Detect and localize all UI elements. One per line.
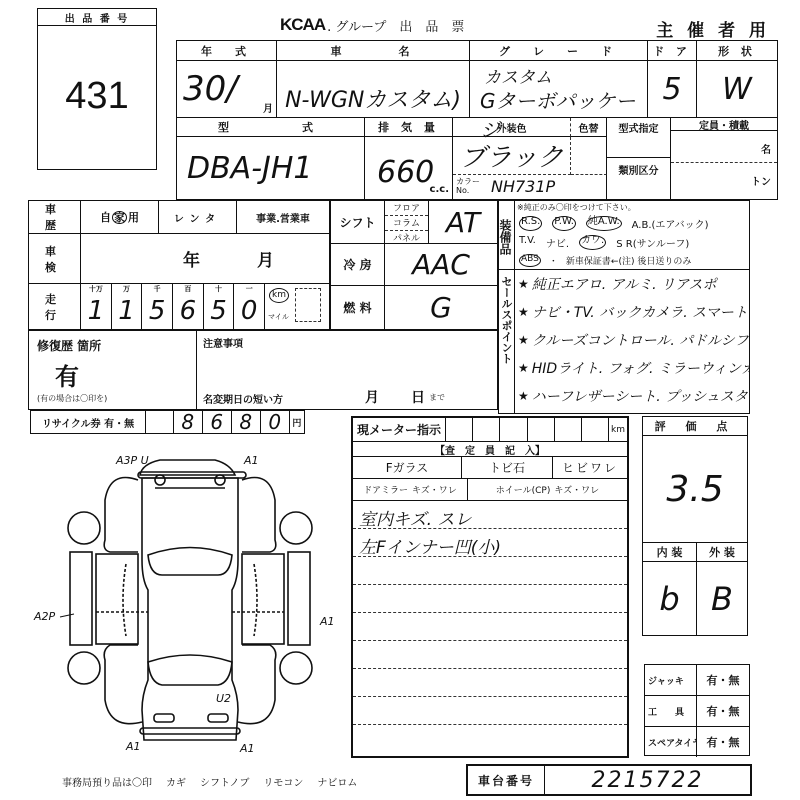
mileage-digit-cell: 百6 [173,284,204,329]
month-unit: 月 [263,100,273,115]
mileage-label: 走 行 [29,284,81,329]
meter-row: 現メーター指示 km [353,418,627,442]
mark-rear-right: A1 [239,742,255,755]
sales-point-text: クルーズコントロール. パドルシフト [532,330,749,350]
equipment-row-2: T.V. ナビ. カワ. S R(サンルーフ) [515,233,749,252]
accessory-row: 工 具有・無 [645,696,749,727]
mileage-place-label: 一 [234,284,264,294]
mileage-unit-box[interactable] [295,288,321,322]
mark-front-left: A3P U [115,454,149,467]
mark-rear-left: A1 [125,740,141,753]
equip-aw[interactable]: 純A.W. [586,216,622,231]
mirror-cell: ドアミラー キズ・ワレ [353,479,468,500]
interior-label: 内 装 [643,543,697,561]
sales-point-text: ハーフレザーシート. プッシュスタート [532,386,749,406]
name-change-label: 名変期日の短い方 [203,391,283,406]
star-icon: ★ [518,389,529,403]
mileage-unit-mile[interactable]: マイル [268,312,289,322]
inspector-comment-line [353,613,627,641]
recycle-row: リサイクル券 有・無 8680 円 [30,410,305,434]
color-change-label: 色替 [571,118,607,137]
inspector-comment-line [353,641,627,669]
glass-crack-option[interactable]: ヒビワレ [553,457,627,478]
recycle-label: リサイクル券 有・無 [31,411,146,433]
mileage-unit-cell: km マイル [265,284,329,329]
accessories-table: ジャッキ有・無工 具有・無スペアタイヤ有・無 [644,664,750,756]
accessory-value[interactable]: 有・無 [697,727,749,757]
lot-number-label: 出 品 番 号 [38,9,156,26]
mirror-options[interactable]: キズ・ワレ [412,483,457,496]
inspector-comment-line: 左Fインナー凹(小) [353,529,627,557]
mileage-place-label: 百 [173,284,203,294]
chassis-row: 車台番号 2215722 [466,764,752,796]
car-damage-diagram: A3P U A1 A2P A1 A1 A1 U2 [30,440,340,760]
category-label: 類別区分 [607,158,671,199]
year-cell: 30/ 月 [177,61,277,117]
accessory-label: 工 具 [645,696,697,726]
shift-option-column[interactable]: コラム [385,216,428,231]
lot-number-box: 出 品 番 号 431 [37,8,157,170]
mileage-digit: 5 [142,294,172,328]
equipment-row-3: ABS ・ 新車保証書←(注) 後日送りのみ [515,252,749,269]
displacement-label: 排 気 量 [365,118,453,137]
recycle-digit: 0 [261,411,290,433]
accessory-row: ジャッキ有・無 [645,665,749,696]
footer-item-key[interactable]: カギ [166,774,186,789]
meter-boxes [446,418,609,441]
equip-pw[interactable]: P.W. [552,216,576,231]
sales-point-item: ★ナビ・TV. バックカメラ. スマートキー [515,298,749,326]
displacement-unit: c.c. [430,184,449,195]
mileage-digit-cell: 一0 [234,284,265,329]
copy-type: 主 催 者 用 [640,16,770,41]
mark-left-side: A2P [33,610,56,623]
fuel-value: G [385,286,497,329]
equip-rs[interactable]: R.S. [519,216,542,231]
inspector-comments: 室内キズ. スレ左Fインナー凹(小) [353,501,627,756]
name-change-until: まで [429,392,445,403]
form-title-text: . グループ 出 品 票 [327,16,464,35]
sales-points-label: セールスポイント [499,270,515,413]
recycle-blank [146,411,174,433]
interior-value: b [643,562,697,636]
inspector-section-title: 【査 定 員 記 入】 [353,442,627,457]
chassis-value: 2215722 [545,766,750,794]
recycle-digit: 8 [174,411,203,433]
star-icon: ★ [518,333,529,347]
notes-cell: 注意事項 名変期日の短い方 月 日 まで [197,331,497,409]
mark-rear: U2 [216,692,231,705]
color-no-value: NH731P [491,177,555,196]
grade-label: グ レ ー ド [470,41,648,61]
mileage-digit-cell: 千5 [142,284,173,329]
recycle-digit: 8 [232,411,261,433]
repair-cell: 修復歴 箇所 有 (有の場合は〇印を) [29,331,197,409]
sales-point-item: ★ハーフレザーシート. プッシュスタート [515,382,749,410]
inspection-month-unit: 月 [257,246,274,271]
recycle-digits: 8680 [174,411,290,433]
sales-point-text: 純正エアロ. アルミ. リアスポ [532,274,717,294]
sales-point-item: ★HIDライト. フォグ. ミラーウィンカー [515,354,749,382]
inspector-comment-line [353,557,627,585]
recycle-unit: 円 [290,411,304,433]
glass-chip-option[interactable]: トビ石 [462,457,553,478]
equip-warranty[interactable]: 新車保証書←(注) 後日送りのみ [566,254,691,267]
exterior-value: B [697,562,747,636]
mileage-digit-cell: 十万1 [81,284,112,329]
sub-score-values: b B [643,562,747,636]
exterior-color-label: 外装色 [453,118,571,137]
star-icon: ★ [518,305,529,319]
inspector-comment-line [353,697,627,725]
mirror-label: ドアミラー [363,483,408,496]
fuel-label: 燃 料 [331,286,385,329]
shift-value: AT [429,201,497,244]
meter-digit-box[interactable] [555,418,582,441]
sales-point-item: ★純正エアロ. アルミ. リアスポ [515,270,749,298]
sales-point-text: ナビ・TV. バックカメラ. スマートキー [532,302,749,322]
history-option-private[interactable]: 自家用 [81,201,159,234]
name-change-month: 月 [365,387,379,407]
mileage-unit-km[interactable]: km [269,288,289,303]
equip-tv[interactable]: T.V. [519,235,536,250]
inspector-comment-line [353,669,627,697]
footer-note: 事務局預り品は〇印 カギ シフトノブ リモコン ナビロム [62,774,382,789]
car-name-label: 車 名 [277,41,470,61]
capacity-tons-unit: トン [671,163,777,199]
accessory-value[interactable]: 有・無 [697,696,749,726]
mileage-place-label: 千 [142,284,172,294]
footer-item-remote[interactable]: リモコン [263,774,303,789]
inspection-year-unit: 年 [183,246,200,271]
model-value: DBA-JH1 [177,137,365,199]
grade-cell: カスタム Gターボパッケージ [470,61,648,117]
history-label: 車 歴 [29,201,81,234]
mileage-digit: 0 [234,294,264,328]
color-no-label: カラー No. [456,177,480,195]
exterior-label: 外 装 [697,543,747,561]
star-icon: ★ [518,361,529,375]
accessory-row: スペアタイヤ有・無 [645,727,749,757]
shift-option-floor[interactable]: フロア [385,201,428,216]
year-label: 年 式 [177,41,277,61]
body-shape-value: W [697,61,777,117]
meter-label: 現メーター指示 [353,418,446,441]
wheel-cell: ホイール(CP) キズ・ワレ [468,479,627,500]
mileage-place-label: 十 [204,284,234,294]
equipment-row-1: R.S. P.W. 純A.W. A.B.(エアバック) [515,214,749,233]
meter-digit-box[interactable] [446,418,473,441]
accessory-label: スペアタイヤ [645,727,697,757]
score-label: 評 価 点 [643,417,747,436]
mileage-digit: 5 [204,294,234,328]
inspection-cell[interactable]: 年 月 [81,234,329,284]
sales-points-list: ★純正エアロ. アルミ. リアスポ★ナビ・TV. バックカメラ. スマートキー★… [515,270,749,413]
inspector-comment-line: 室内キズ. スレ [353,501,627,529]
score-box: 評 価 点 3.5 内 装 外 装 b B [642,416,748,636]
equip-kawa[interactable]: カワ. [579,235,606,250]
body-shape-label: 形 状 [697,41,777,61]
star-icon: ★ [518,277,529,291]
model-label: 型 式 [177,118,365,137]
mileage-digits: 十万1万1千5百6十5一0 [81,284,265,329]
accessory-value[interactable]: 有・無 [697,665,749,695]
office-note: 事務局預り品は〇印 [62,774,152,789]
equipment-note: ※純正のみ〇印をつけて下さい。 [515,201,749,214]
shift-label: シフト [331,201,385,244]
accessory-label: ジャッキ [645,665,697,695]
doors-value: 5 [648,61,697,117]
equip-sr[interactable]: S R(サンルーフ) [616,235,689,250]
score-value: 3.5 [643,436,747,543]
mark-front-right: A1 [243,454,259,467]
form-title: KCAA . グループ 出 品 票 [280,14,580,36]
capacity-label: 定員・積載 [671,118,777,131]
separator: ・ [549,254,558,267]
wheel-options[interactable]: キズ・ワレ [554,483,599,496]
history-option-business[interactable]: 事業.営業車 [237,201,329,234]
wheel-label: ホイール(CP) [496,483,551,496]
exterior-color-value: ブラック [453,137,571,175]
mileage-place-label: 万 [112,284,142,294]
footer-item-navirom[interactable]: ナビロム [317,774,357,789]
year-value: 30/ [183,69,238,109]
repair-note: (有の場合は〇印を) [37,393,107,404]
inspector-comment-line [353,585,627,613]
recycle-digit: 6 [203,411,232,433]
sub-score-labels: 内 装 外 装 [643,543,747,562]
repair-value: 有 [55,357,79,392]
meter-digit-box[interactable] [500,418,527,441]
equip-navi[interactable]: ナビ. [546,235,569,250]
mileage-digit: 1 [81,294,111,328]
footer-item-shiftknob[interactable]: シフトノブ [200,774,249,789]
equip-abs[interactable]: ABS [519,254,541,267]
ac-label: 冷 房 [331,244,385,286]
equipment-label: 装備品 [499,201,515,270]
color-change-cell[interactable] [571,137,607,175]
mileage-place-label: 十万 [81,284,111,294]
equip-ab[interactable]: A.B.(エアバック) [632,216,709,231]
displacement-value: 660 [377,155,434,190]
meter-digit-box[interactable] [473,418,500,441]
ac-value: AAC [385,244,497,286]
shift-option-panel[interactable]: パネル [385,231,428,245]
equipment-options: ※純正のみ〇印をつけて下さい。 R.S. P.W. 純A.W. A.B.(エアバ… [515,201,749,270]
mirror-wheel-row: ドアミラー キズ・ワレ ホイール(CP) キズ・ワレ [353,479,627,501]
color-no-cell: カラー No. NH731P [453,175,607,199]
chassis-label: 車台番号 [468,766,545,794]
doors-label: ド ア [648,41,697,61]
mileage-digit: 6 [173,294,203,328]
sales-point-item: ★クルーズコントロール. パドルシフト [515,326,749,354]
mileage-digit-cell: 万1 [112,284,143,329]
inspection-label: 車 検 [29,234,81,284]
notes-label: 注意事項 [203,335,243,350]
car-name-value: N-WGNカスタム) [277,61,470,117]
shift-options: フロア コラム パネル [385,201,429,244]
history-option-rental[interactable]: レンタ [159,201,237,234]
meter-unit: km [609,418,627,441]
repair-label: 修復歴 箇所 [37,337,101,354]
sales-point-text: HIDライト. フォグ. ミラーウィンカー [532,358,749,378]
displacement-cell: 660 c.c. [365,137,453,199]
lot-number: 431 [38,26,156,166]
brand-logo: KCAA [280,15,325,35]
mileage-digit: 1 [112,294,142,328]
meter-digit-box[interactable] [528,418,555,441]
type-designation-label: 型式指定 [607,118,671,158]
glass-label[interactable]: Fガラス [353,457,462,478]
name-change-day: 日 [411,387,425,407]
glass-row: Fガラス トビ石 ヒビワレ [353,457,627,479]
capacity-persons-unit: 名 [671,131,777,163]
meter-digit-box[interactable] [582,418,609,441]
mileage-digit-cell: 十5 [204,284,235,329]
mark-right-side: A1 [319,615,335,628]
